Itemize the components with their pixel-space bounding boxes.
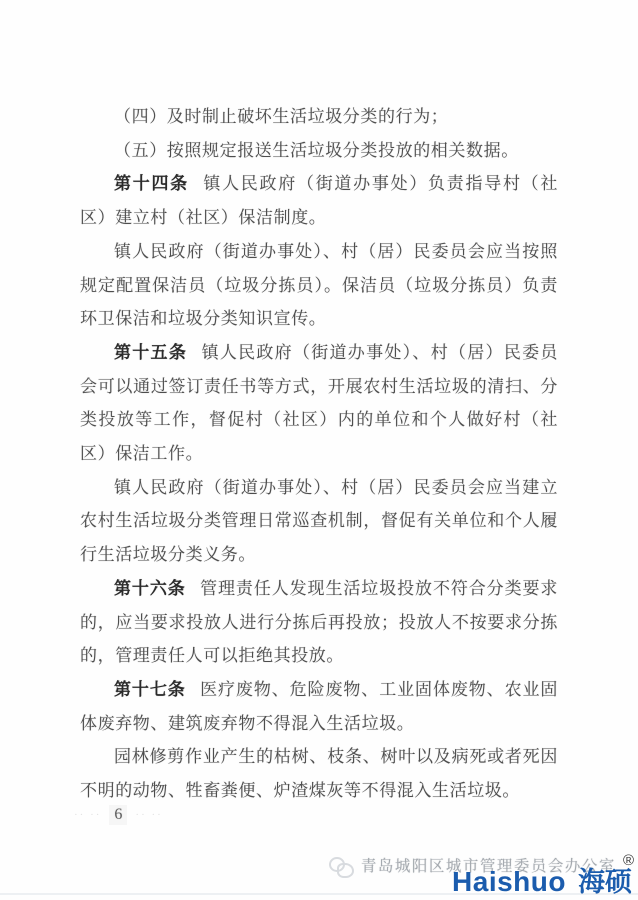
paragraph: （五）按照规定报送生活垃圾分类投放的相关数据。 — [80, 134, 558, 168]
paragraph: （四）及时制止破坏生活垃圾分类的行为； — [80, 100, 558, 134]
document-page: （四）及时制止破坏生活垃圾分类的行为； （五）按照规定报送生活垃圾分类投放的相关… — [0, 0, 638, 900]
page-number: 6 — [109, 805, 127, 825]
paragraph-text: （四）及时制止破坏生活垃圾分类的行为； — [114, 107, 448, 126]
paragraph-text: 镇人民政府（街道办事处）、村（居）民委员会应当按照规定配置保洁员（垃圾分拣员）。… — [80, 242, 558, 328]
paragraph: 第十七条医疗废物、危险废物、工业固体废物、农业固体废弃物、建筑废弃物不得混入生活… — [80, 673, 558, 740]
paragraph: 第十六条管理责任人发现生活垃圾投放不符合分类要求的，应当要求投放人进行分拣后再投… — [80, 572, 558, 673]
org-logo-icon — [329, 857, 355, 877]
article-number: 第十五条 — [114, 343, 187, 362]
page-margin-mark: ·· ·· — [135, 809, 162, 821]
article-number: 第十七条 — [114, 680, 186, 699]
brand-name-latin: Haishuo — [452, 866, 566, 897]
paragraph: 镇人民政府（街道办事处）、村（居）民委员会应当按照规定配置保洁员（垃圾分拣员）。… — [80, 235, 558, 336]
paragraph-text: 镇人民政府（街道办事处）、村（居）民委员会应当建立农村生活垃圾分类管理日常巡查机… — [80, 478, 558, 564]
paragraph-text: （五）按照规定报送生活垃圾分类投放的相关数据。 — [114, 141, 519, 160]
footer-watermark: 青岛城阳区城市管理委员会办公室 ® Haishuo 海硕 — [328, 848, 638, 900]
article-number: 第十六条 — [114, 579, 186, 598]
paragraph: 第十五条镇人民政府（街道办事处）、村（居）民委员会可以通过签订责任书等方式，开展… — [80, 336, 558, 471]
article-number: 第十四条 — [114, 174, 189, 193]
brand-name-cjk: 海硕 — [578, 867, 632, 897]
paragraph: 园林修剪作业产生的枯树、枝条、树叶以及病死或者死因不明的动物、牲畜粪便、炉渣煤灰… — [80, 740, 558, 807]
document-body: （四）及时制止破坏生活垃圾分类的行为； （五）按照规定报送生活垃圾分类投放的相关… — [80, 100, 558, 808]
paragraph-text: 园林修剪作业产生的枯树、枝条、树叶以及病死或者死因不明的动物、牲畜粪便、炉渣煤灰… — [80, 747, 558, 800]
page-margin-mark: ·· ·· — [74, 809, 101, 821]
brand-watermark: Haishuo 海硕 — [452, 860, 632, 899]
page-footer: ·· ·· 6 ·· ·· — [74, 805, 163, 825]
paragraph: 镇人民政府（街道办事处）、村（居）民委员会应当建立农村生活垃圾分类管理日常巡查机… — [80, 471, 558, 572]
paragraph: 第十四条镇人民政府（街道办事处）负责指导村（社区）建立村（社区）保洁制度。 — [80, 167, 558, 234]
